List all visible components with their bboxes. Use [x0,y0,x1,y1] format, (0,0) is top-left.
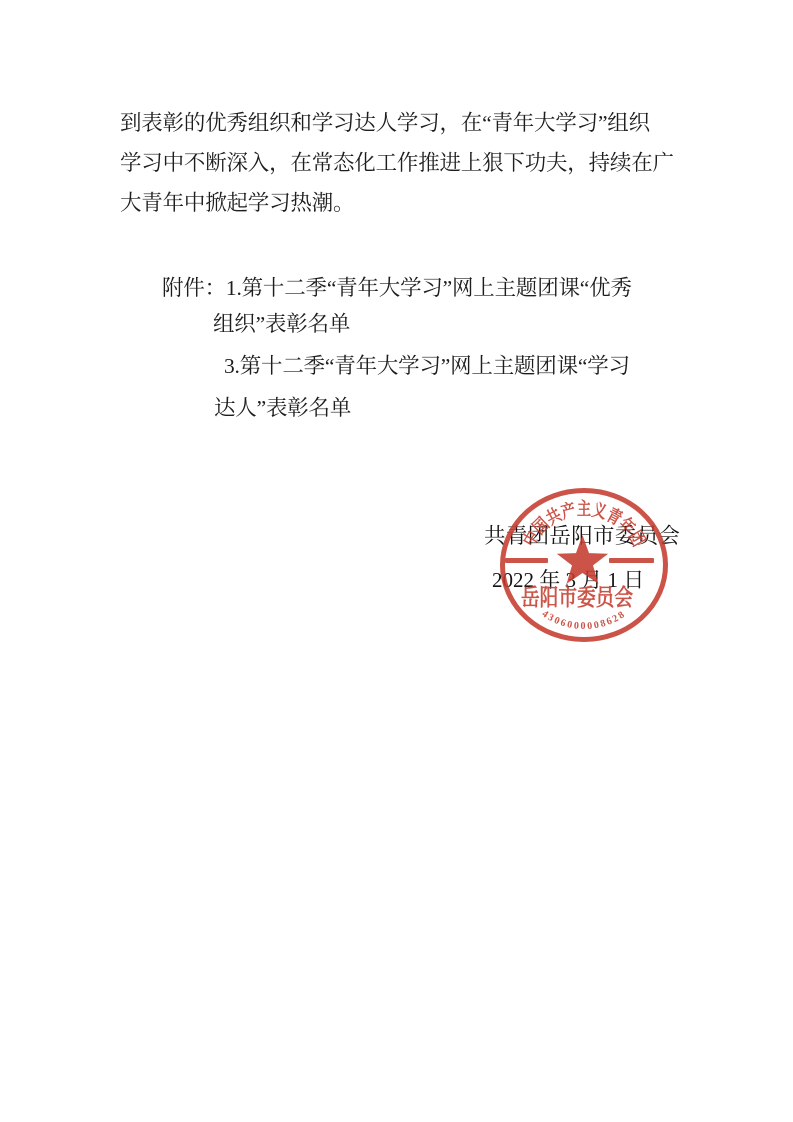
seal-left-bar [505,558,548,563]
attachment-line: 附件：1.第十二季“青年大学习”网上主题团课“优秀 [162,274,632,302]
attachment-line: 达人”表彰名单 [214,394,351,422]
body-paragraph-line: 学习中不断深​入，在常态化工作推进上狠下功夫，持续在广 [120,149,674,177]
seal-bottom-text: 岳阳市委员会 [521,584,633,610]
body-paragraph-line: 到表彰的优秀组织和学习达人学习，在“青年大学习”组织 [120,109,650,137]
seal-right-bar [609,558,654,563]
document-page: 到表彰的优秀组织和学习达人学习，在“青年大学习”组织 学习中不断深​入，在常态化… [0,0,793,1122]
official-seal: 中国共产主义青年团 岳阳市委员会 4306000008628 [489,475,679,655]
attachment-line: 组织”表彰名单 [213,310,350,338]
star-icon [557,535,608,584]
seal-serial-number: 4306000008628 [540,608,628,632]
attachment-line: 3.第十二季“青年大学习”网上主题团课“学习 [224,352,630,380]
body-paragraph-line: 大青年中掀起学习热潮。 [120,189,354,217]
